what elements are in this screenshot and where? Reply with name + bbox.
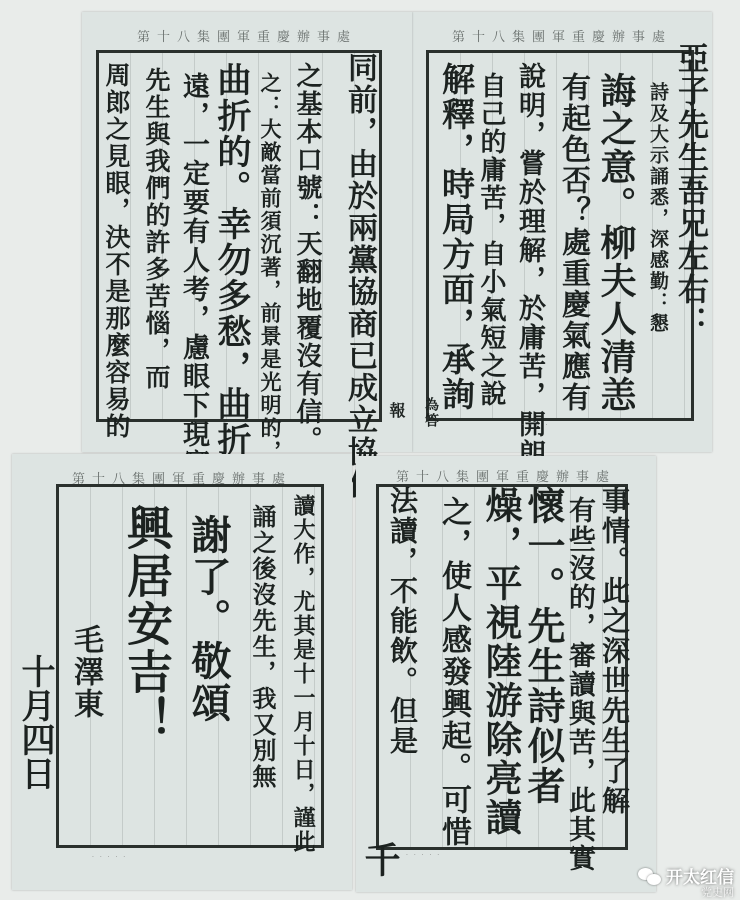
handwritten-column: 先生與我們的許多苦惱，而	[144, 67, 169, 391]
letter-page-1: 第十八集團軍重慶辦事處 亞子先生吾兄左右： 詩及大示誦悉，深感勤：懇 誨之意。柳…	[412, 12, 712, 452]
handwritten-column: 報	[388, 402, 404, 420]
footer-print: · · · · ·	[92, 854, 127, 861]
handwritten-column: 之基本口號：天翻地覆沒有信。	[294, 62, 320, 454]
letter-page-4: 第十八集團軍重慶辦事處 事情。此之深世先生了解 有些沒的，審讀與苦，此其實 懷一…	[356, 456, 656, 892]
handwritten-column: 周郎之見眼，決不是那麼容易的	[104, 62, 129, 440]
handwritten-column: 誦之後沒先生，我又別無	[250, 504, 274, 790]
footer-print: · · · ·	[522, 422, 549, 429]
handwritten-column: 誨之意。柳夫人清恙	[598, 72, 634, 414]
wechat-icon	[638, 866, 662, 886]
handwritten-column: 事情。此之深世先生了解	[600, 486, 628, 816]
watermark: 开太红信 党史网	[638, 863, 734, 888]
handwritten-column: 說明，嘗於理解，於庸苦，開朗起	[516, 62, 543, 497]
handwritten-column: 有些沒的，審讀與苦，此其實	[566, 496, 593, 873]
letter-page-2: 第十八集團軍重慶辦事處 同前，由於兩黨協商已成立協作 之基本口號：天翻地覆沒有信…	[82, 12, 412, 452]
handwritten-column: 解釋，時局方面，承詢	[440, 62, 473, 412]
handwritten-column: 懷一。先生詩似者	[524, 486, 562, 806]
handwritten-column: 燥，平視陸游除亮讀	[482, 486, 519, 837]
letter-page-3: 第十八集團軍重慶辦事處 讀大作，尤其是十一月十日，謹此 誦之後沒先生，我又別無 …	[12, 454, 352, 890]
handwritten-column: 讀大作，尤其是十一月十日，謹此	[292, 494, 314, 854]
handwritten-column: 有起色否？處重慶氣應有	[560, 72, 589, 413]
handwritten-column: 千	[362, 841, 398, 879]
letterhead: 第十八集團軍重慶辦事處	[356, 466, 656, 485]
letterhead: 第十八集團軍重慶辦事處	[82, 26, 412, 45]
handwritten-column: 詩及大示誦悉，深感勤：懇	[648, 82, 667, 334]
handwritten-column: 為答	[424, 397, 438, 429]
handwritten-column: 謝了。敬頌	[188, 514, 228, 724]
date: 十月四日	[18, 654, 52, 790]
handwritten-column: 同前，由於兩黨協商已成立協作	[344, 52, 374, 500]
footer-print: · · · · ·	[406, 852, 441, 859]
handwritten-column: 曲折的。幸勿多愁，曲折開	[214, 62, 248, 494]
handwritten-column: 亞子先生吾兄左右：	[674, 42, 705, 339]
letterhead: 第十八集團軍重慶辦事處	[412, 26, 712, 45]
handwritten-column: 自己的庸苦，自小氣短之說	[478, 72, 504, 408]
handwritten-column: 法讀，不能飲。但是	[388, 486, 416, 756]
watermark-subtitle: 党史网	[701, 884, 734, 900]
handwritten-column: 之，使人感發興起。可惜	[438, 496, 468, 848]
handwritten-column: 興居安吉！	[124, 504, 170, 744]
handwritten-column: 遠，一定要有人考，慮眼下現實	[180, 72, 207, 478]
signature: 毛澤東	[70, 624, 100, 720]
